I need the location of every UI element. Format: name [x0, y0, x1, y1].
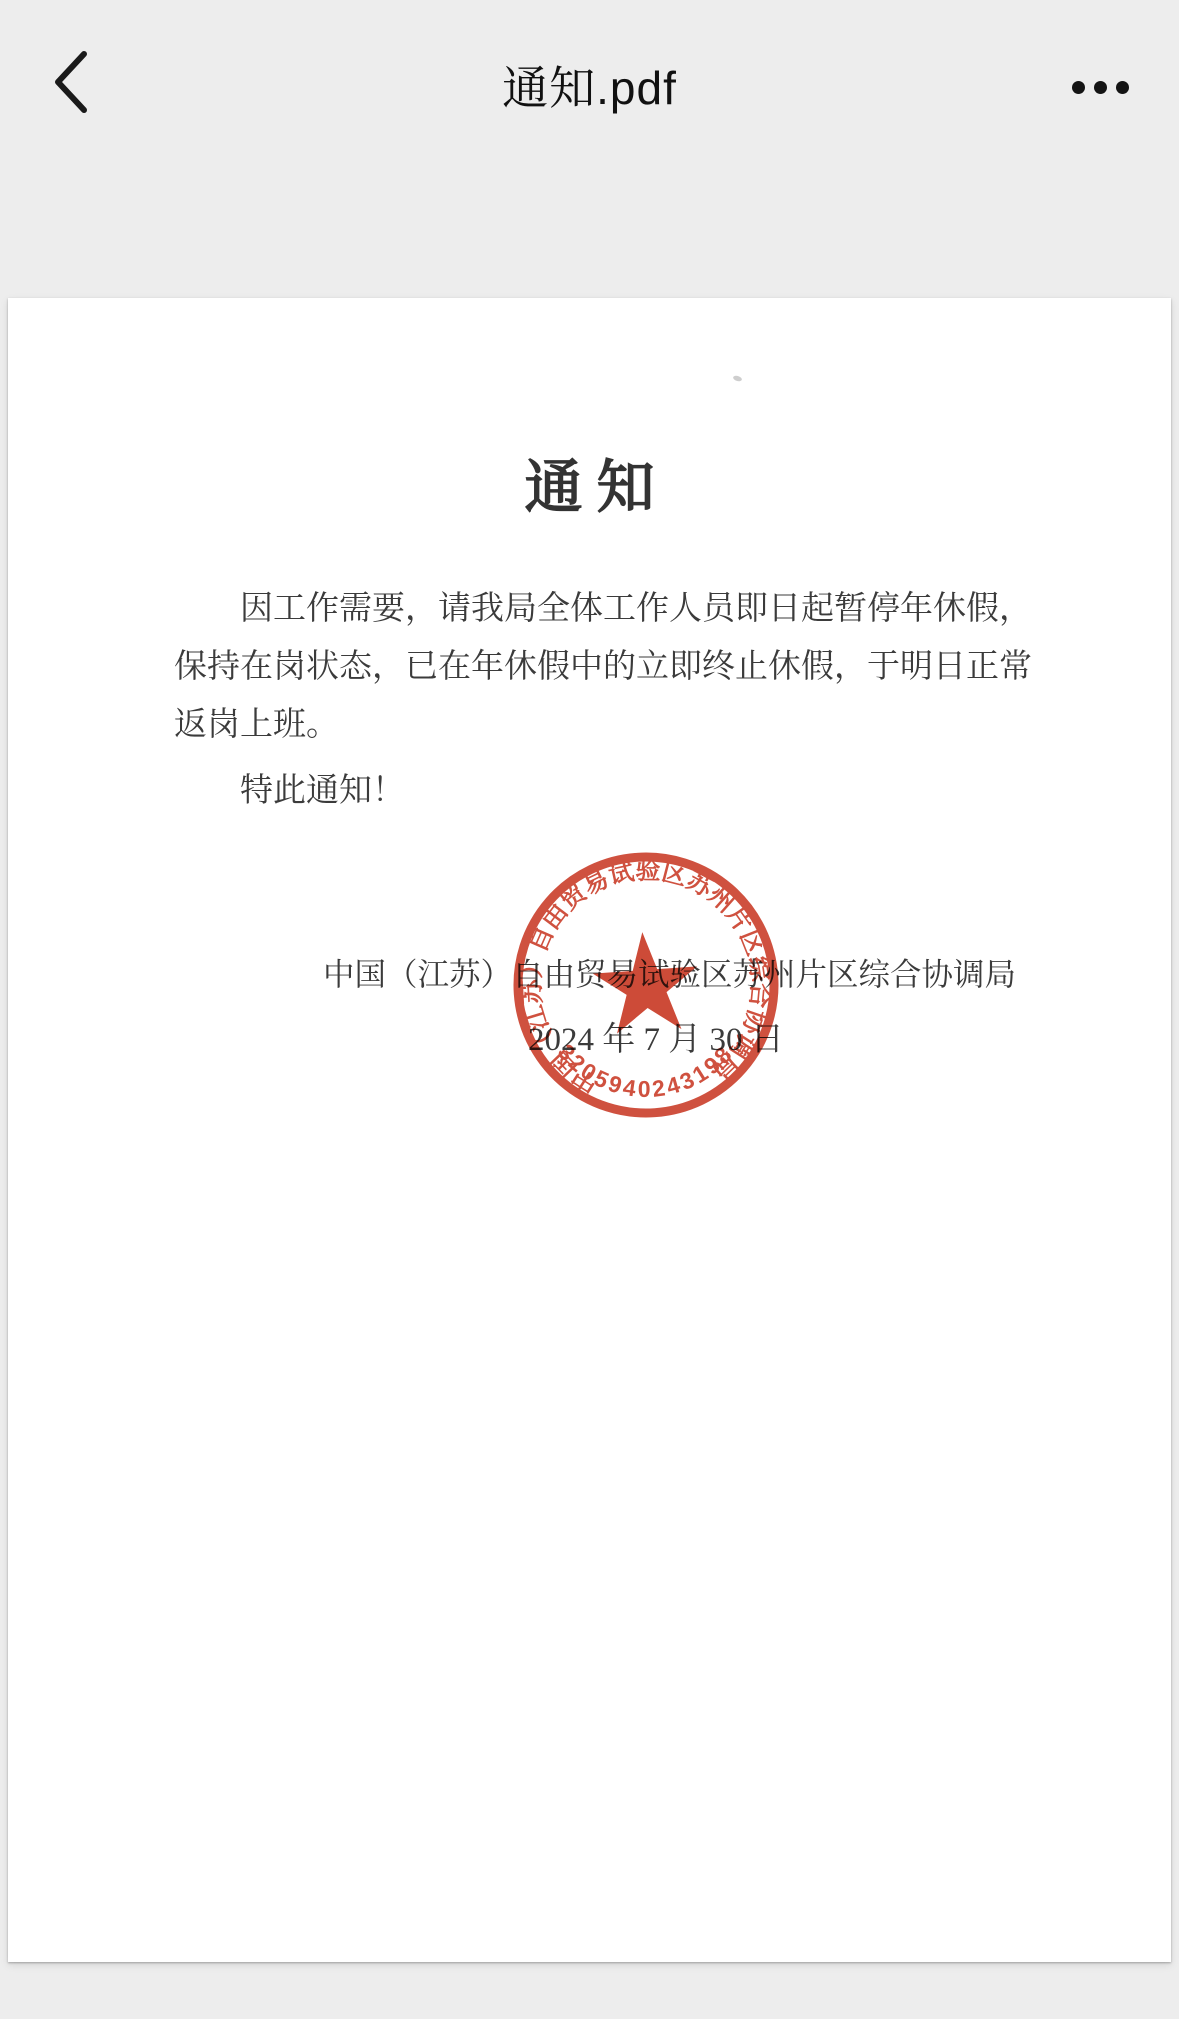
- doc-title: 通知: [8, 440, 1171, 524]
- body-line: 特此通知！: [174, 762, 1032, 820]
- body-line: 返岗上班。: [174, 696, 1032, 754]
- scan-speck: [732, 375, 742, 383]
- body-line: 因工作需要，请我局全体工作人员即日起暂停年休假，: [174, 580, 1032, 638]
- body-line: 保持在岗状态，已在年休假中的立即终止休假，于明日正常: [174, 638, 1032, 696]
- file-preview-screen: 通知.pdf 通知 因工作需要，请我局全体工作人员即日起暂停年休假， 保持在岗状…: [0, 0, 1179, 2019]
- seal-star-icon: [590, 928, 701, 1035]
- doc-body: 因工作需要，请我局全体工作人员即日起暂停年休假， 保持在岗状态，已在年休假中的立…: [174, 580, 1032, 820]
- pdf-viewport[interactable]: 通知 因工作需要，请我局全体工作人员即日起暂停年休假， 保持在岗状态，已在年休假…: [0, 0, 1179, 2019]
- official-seal: 中国（江苏）自由贸易试验区苏州片区综合协调局 3205940243198: [486, 825, 806, 1145]
- pdf-page: 通知 因工作需要，请我局全体工作人员即日起暂停年休假， 保持在岗状态，已在年休假…: [8, 298, 1171, 1962]
